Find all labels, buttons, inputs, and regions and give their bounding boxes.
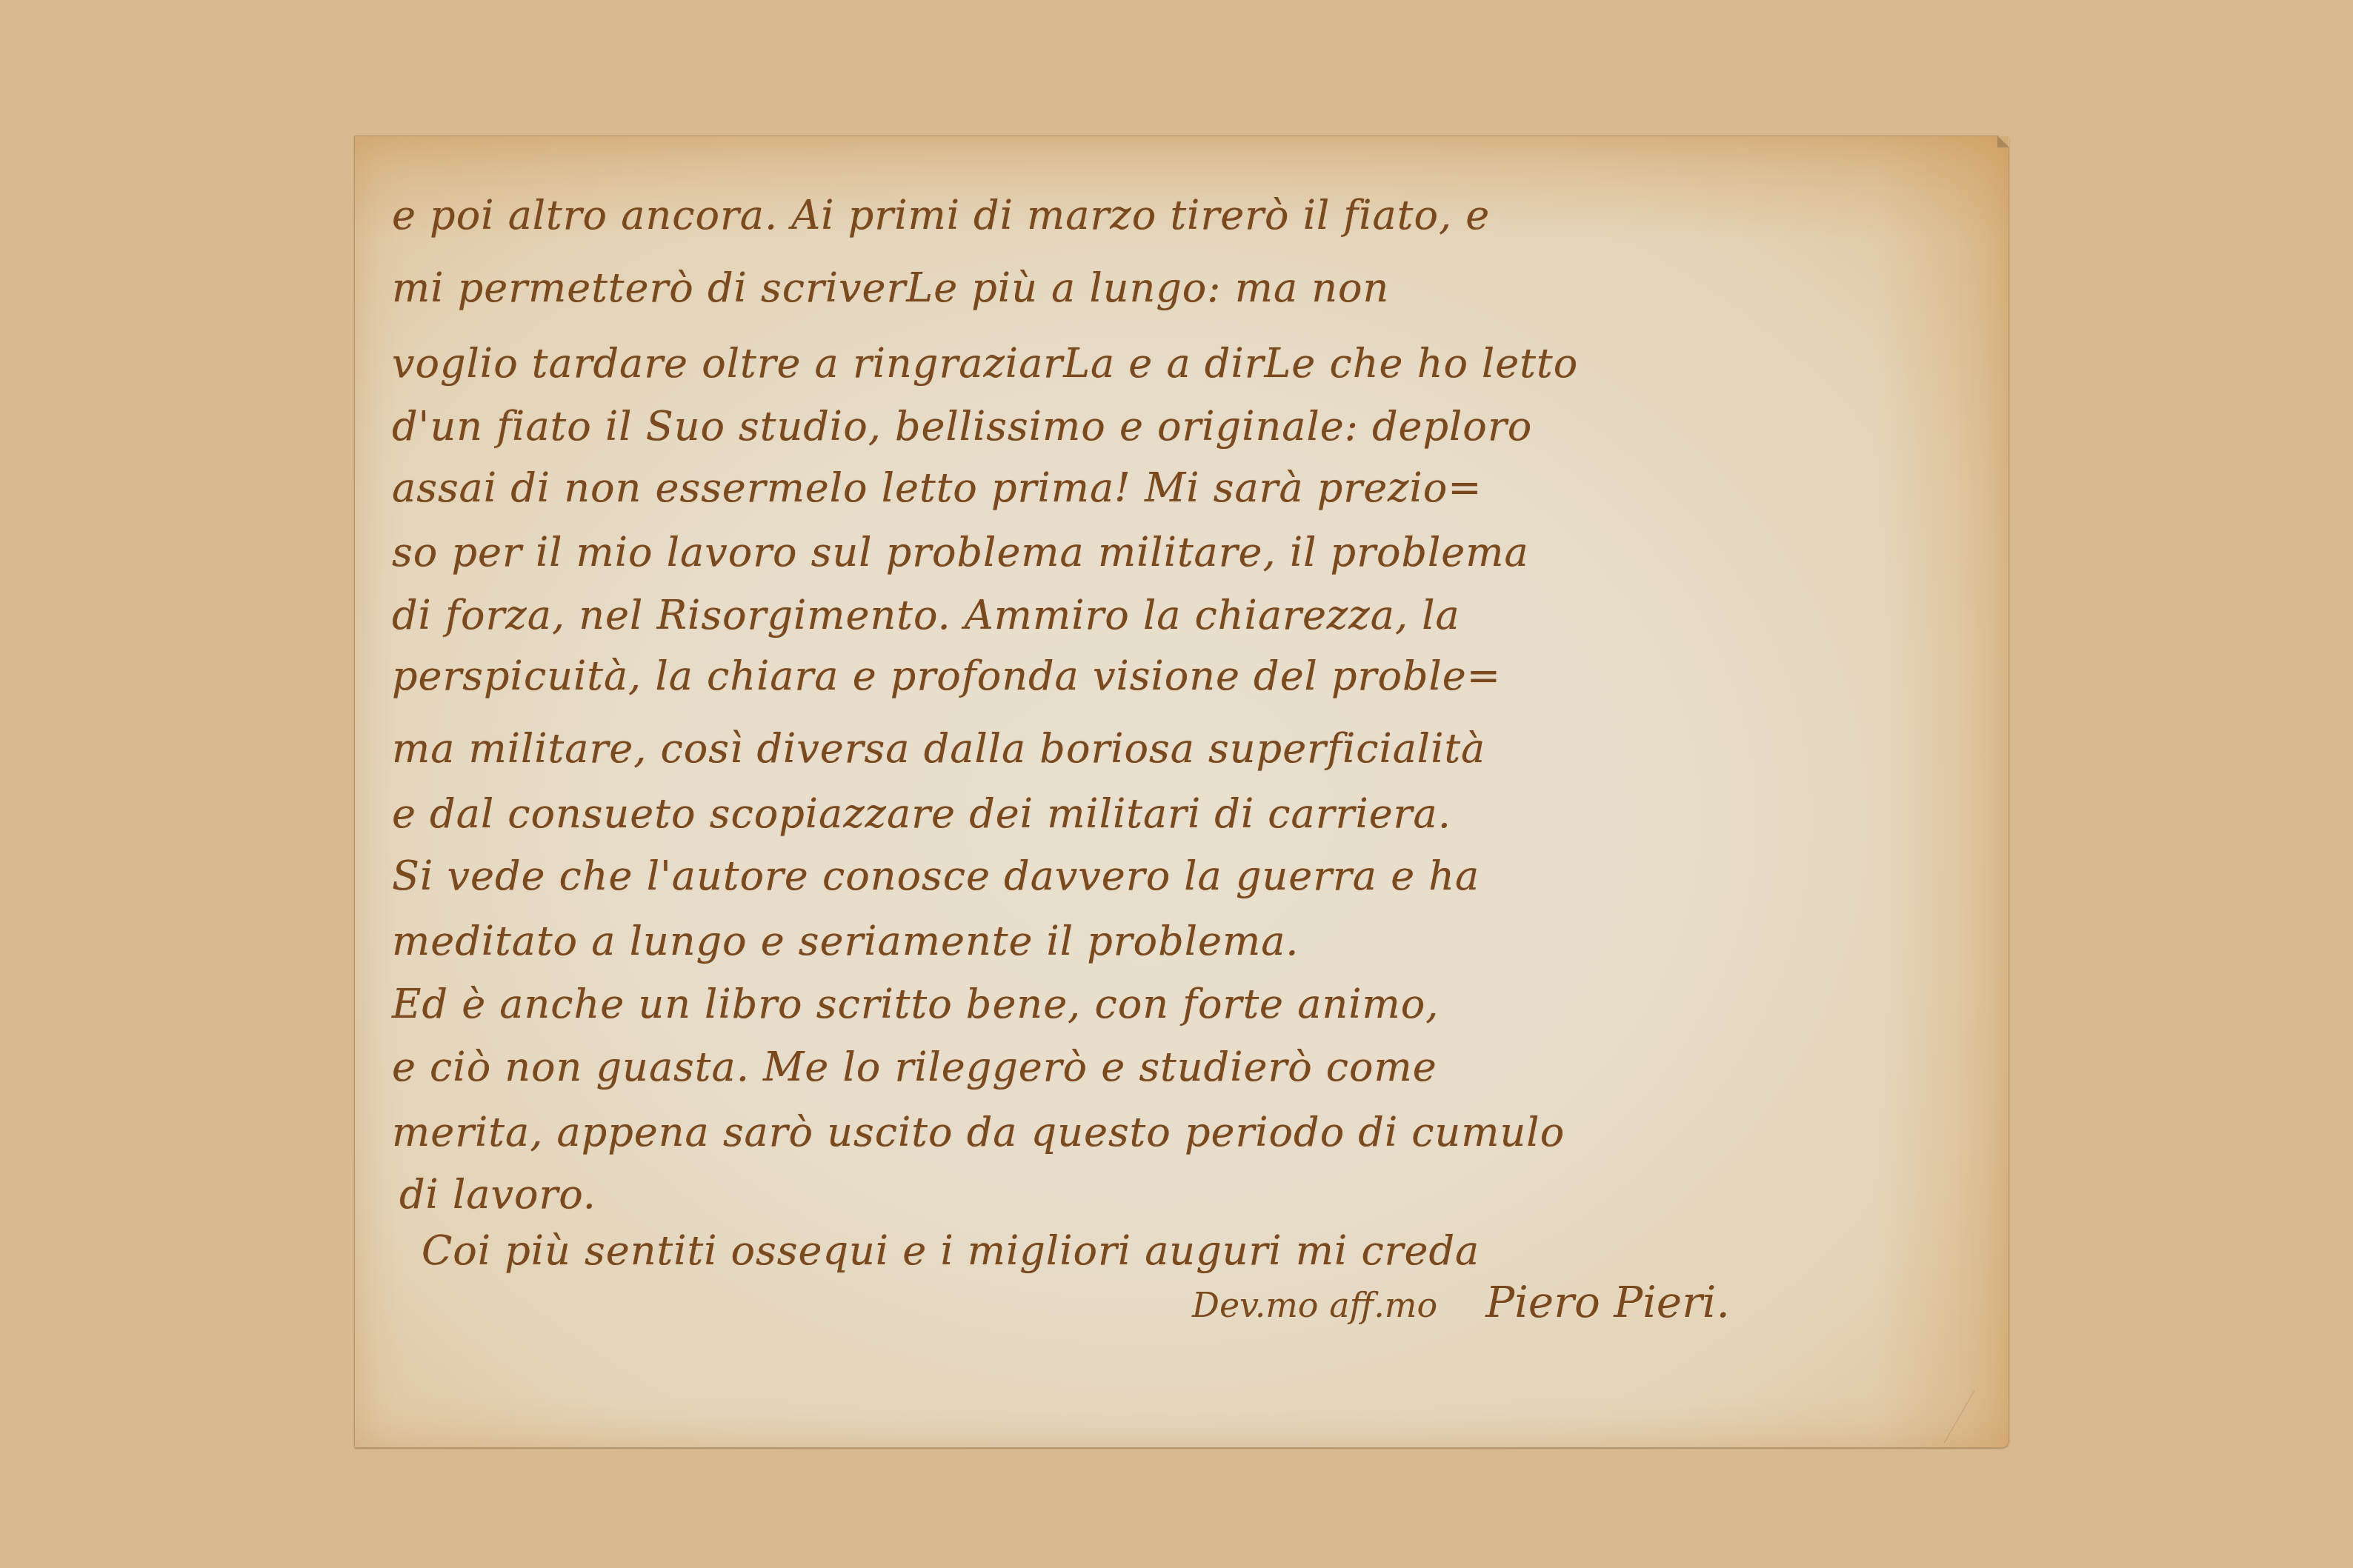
letter-line: Ed è anche un libro scritto bene, con fo… bbox=[392, 984, 1439, 1024]
letter-body: e poi altro ancora. Ai primi di marzo ti… bbox=[392, 159, 1979, 1432]
letter-line: di forza, nel Risorgimento. Ammiro la ch… bbox=[392, 595, 1460, 635]
letter-line: d'un fiato il Suo studio, bellissimo e o… bbox=[392, 407, 1532, 447]
signature-block: Dev.mo aff.mo Piero Pieri. bbox=[1192, 1281, 1730, 1324]
letter-closing-line: Coi più sentiti ossequi e i migliori aug… bbox=[422, 1231, 1480, 1271]
letter-line: meditato a lungo e seriamente il problem… bbox=[392, 921, 1299, 961]
closing-abbreviation: Dev.mo aff.mo bbox=[1192, 1285, 1437, 1325]
letter-line: so per il mio lavoro sul problema milita… bbox=[392, 533, 1529, 573]
letter-line: e poi altro ancora. Ai primi di marzo ti… bbox=[392, 196, 1490, 236]
letter-paper: e poi altro ancora. Ai primi di marzo ti… bbox=[354, 136, 2009, 1448]
letter-line: merita, appena sarò uscito da questo per… bbox=[392, 1112, 1565, 1152]
letter-line: Si vede che l'autore conosce davvero la … bbox=[392, 856, 1480, 896]
letter-line: assai di non essermelo letto prima! Mi s… bbox=[392, 468, 1482, 508]
letter-line: voglio tardare oltre a ringraziarLa e a … bbox=[392, 344, 1578, 384]
folded-corner bbox=[1997, 136, 2009, 147]
letter-line: e dal consueto scopiazzare dei militari … bbox=[392, 794, 1451, 834]
letter-line: perspicuità, la chiara e profonda vision… bbox=[392, 656, 1501, 696]
letter-line: mi permetterò di scriverLe più a lungo: … bbox=[392, 268, 1389, 308]
letter-line: ma militare, così diversa dalla boriosa … bbox=[392, 729, 1485, 769]
letter-line: e ciò non guasta. Me lo rileggerò e stud… bbox=[392, 1047, 1437, 1087]
signature: Piero Pieri. bbox=[1485, 1277, 1730, 1327]
letter-line: di lavoro. bbox=[399, 1175, 596, 1215]
